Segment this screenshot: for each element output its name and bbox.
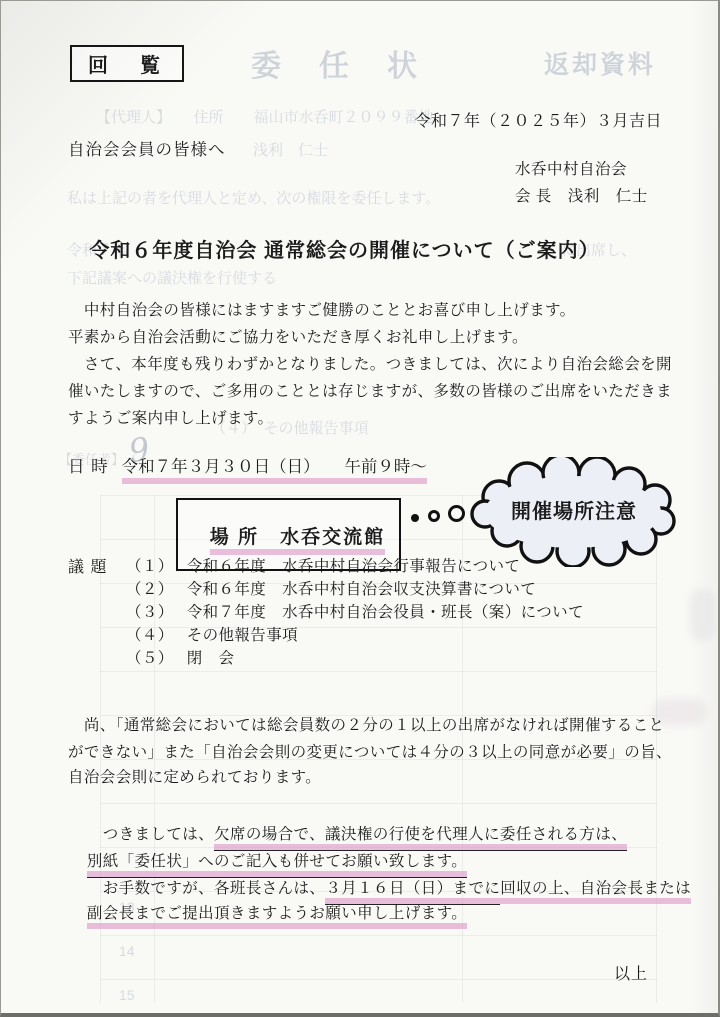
- kairan-stamp: 回 覧: [70, 45, 184, 82]
- thought-trail-dot-icon: [411, 514, 419, 522]
- submission-marked: 副会長までご提出頂きますようお願い申し上げます。: [87, 905, 467, 929]
- notice-title: 令和６年度自治会 通常総会の開催について（ご案内）: [1, 234, 688, 263]
- agenda-item-text: 令和７年度 水呑中村自治会役員・班長（案）について: [187, 600, 584, 622]
- place-gap: [259, 527, 280, 548]
- agenda-item-num: （５）: [126, 646, 174, 668]
- agenda-item: （１）令和６年度 水呑中村自治会行事報告について: [126, 554, 520, 576]
- ghost-proxy-address-line: 【代理人】 住所 福山市水呑町２０９９番地: [96, 106, 434, 127]
- closing-label: 以上: [614, 961, 648, 984]
- president-name: 会 長 浅利 仁士: [515, 184, 648, 206]
- intro-paragraph-line: 中村自治会の皆様にはますますご健勝のこととお喜び申し上げます。: [68, 298, 576, 320]
- ghost-agenda-rights-fragment: 下記議案への議決権を行使する: [67, 267, 277, 288]
- thought-trail-dot-icon: [448, 505, 465, 522]
- cloud-callout-text: 開催場所注意: [467, 495, 681, 524]
- quorum-paragraph-line: 自治会会則に定められております。: [68, 765, 321, 787]
- agenda-item: （３）令和７年度 水呑中村自治会役員・班長（案）について: [126, 600, 584, 622]
- agenda-item-text: 令和６年度 水呑中村自治会行事報告について: [187, 554, 521, 576]
- association-name: 水呑中村自治会: [515, 157, 627, 179]
- agenda-item: （４）その他報告事項: [126, 623, 298, 645]
- agenda-item-num: （３）: [126, 600, 174, 622]
- agenda-item-text: その他報告事項: [187, 623, 298, 645]
- agenda-item: （２）令和６年度 水呑中村自治会収支決算書について: [126, 577, 536, 599]
- deadline-suffix-marked: 回収の上、自治会長または: [500, 880, 691, 904]
- intro-paragraph-line: 催いたしますので、ご多用のこととは存じますが、多数の皆様のご出席をいただきま: [68, 379, 672, 401]
- cloud-callout: 開催場所注意: [467, 457, 681, 567]
- ghost-name-fragment: 浅利 仁士: [253, 139, 328, 160]
- ghost-smudge: [689, 589, 715, 641]
- ghost-row-number: 14: [119, 943, 135, 959]
- intro-paragraph-line: 平素から自治会活動にご協力をいただき厚くお礼申し上げます。: [68, 325, 528, 347]
- datetime-label: 日 時: [68, 453, 109, 477]
- datetime-value: 令和７年３月３０日（日） 午前９時～: [122, 453, 427, 484]
- intro-paragraph-line: さて、本年度も残りわずかとなりました。つきましては、次により自治会総会を開: [68, 352, 672, 374]
- agenda-item-text: 令和６年度 水呑中村自治会収支決算書について: [187, 577, 537, 599]
- quorum-paragraph-line: ができない」また「自治会会則の変更については４分の３以上の同意が必要」の旨、: [68, 740, 672, 762]
- agenda-label: 議 題: [68, 554, 107, 577]
- place-row: 場 所 水呑交流館: [210, 527, 385, 555]
- agenda-item-num: （４）: [126, 623, 174, 645]
- agenda-item-text: 閉 会: [187, 646, 235, 668]
- recipient-line: 自治会会員の皆様へ: [68, 136, 226, 160]
- agenda-item-num: （２）: [126, 577, 174, 599]
- intro-paragraph-line: すようご案内申し上げます。: [68, 406, 273, 428]
- agenda-item-num: （１）: [126, 554, 174, 576]
- quorum-paragraph-line: 尚、「通常総会においては総会員数の２分の１以上の出席がなければ開催すること: [68, 713, 664, 735]
- ghost-proxy-form-title: 委 任 状: [251, 41, 421, 85]
- datetime-row: 日 時 令和７年３月３０日（日） 午前９時～: [68, 453, 427, 484]
- ghost-return-docs-label: 返却資料: [544, 45, 656, 81]
- ghost-delegation-sentence: 私は上記の者を代理人と定め、次の権限を委任します。: [67, 187, 440, 208]
- scanned-notice-page: 13 14 15 委 任 状 返却資料 【代理人】 住所 福山市水呑町２０９９番…: [0, 0, 720, 1017]
- thought-trail-dot-icon: [428, 510, 440, 522]
- place-label: 場 所: [210, 527, 259, 548]
- submission-line: 副会長までご提出頂きますようお願い申し上げます。: [68, 883, 467, 941]
- place-value: 水呑交流館: [280, 527, 385, 548]
- ghost-row-number: 15: [119, 987, 135, 1003]
- issue-date: 令和７年（２０２５年）３月吉日: [414, 108, 662, 131]
- agenda-item: （５）閉 会: [126, 646, 234, 668]
